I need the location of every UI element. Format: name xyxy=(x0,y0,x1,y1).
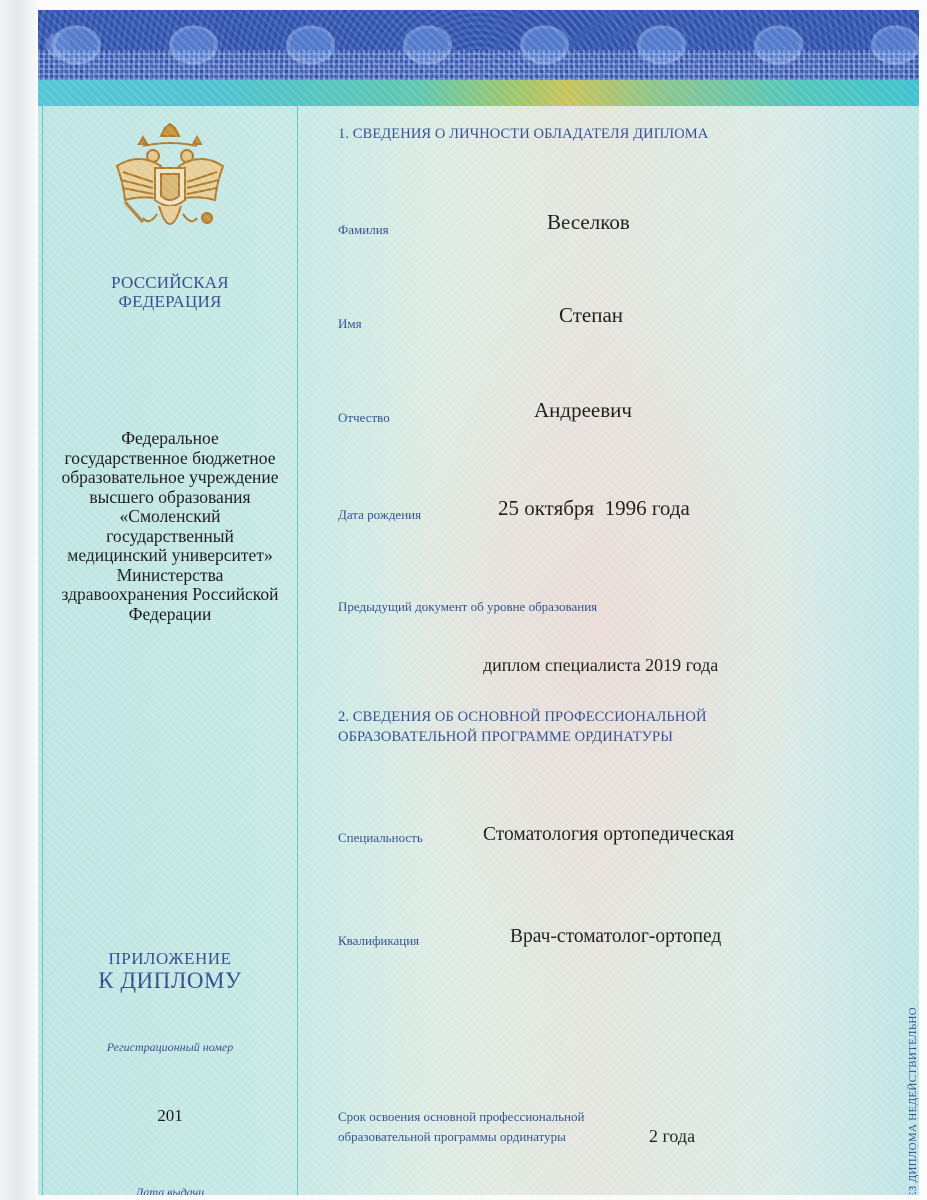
appendix-title-line1: ПРИЛОЖЕНИЕ xyxy=(43,949,297,969)
organization-line: здравоохранения Российской xyxy=(43,585,297,605)
name-label: Имя xyxy=(338,316,362,332)
duration-label-line2: образовательной программы ординатуры xyxy=(338,1129,566,1145)
iridescent-band xyxy=(38,80,919,106)
registration-number: 201 xyxy=(43,1106,297,1126)
organization-line: медицинский университет» xyxy=(43,546,297,566)
guilloche-security-band xyxy=(38,10,919,80)
duration-value: 2 года xyxy=(649,1126,695,1147)
right-panel: 1. СВЕДЕНИЯ О ЛИЧНОСТИ ОБЛАДАТЕЛЯ ДИПЛОМ… xyxy=(297,106,919,1195)
organization-line: Федерации xyxy=(43,605,297,625)
patronymic-label: Отчество xyxy=(338,410,390,426)
registration-number-label: Регистрационный номер xyxy=(43,1040,297,1055)
organization-line: образовательное учреждение xyxy=(43,468,297,488)
previous-document-label: Предыдущий документ об уровне образовани… xyxy=(338,599,597,615)
name-value: Степан xyxy=(559,303,623,328)
surname-label: Фамилия xyxy=(338,222,389,238)
organization-line: Министерства xyxy=(43,566,297,586)
patronymic-value: Андреевич xyxy=(534,398,632,423)
specialty-value: Стоматология ортопедическая xyxy=(483,824,734,846)
issue-date-label: Дата выдачи xyxy=(43,1185,297,1195)
mesh-pattern xyxy=(38,50,919,80)
section2-title-line2: ОБРАЗОВАТЕЛЬНОЙ ПРОГРАММЕ ОРДИНАТУРЫ xyxy=(338,727,673,747)
birthdate-label: Дата рождения xyxy=(338,507,421,523)
country-name-line1: РОССИЙСКАЯ xyxy=(43,273,297,292)
section1-title: 1. СВЕДЕНИЯ О ЛИЧНОСТИ ОБЛАДАТЕЛЯ ДИПЛОМ… xyxy=(338,124,708,144)
qualification-value: Врач-стоматолог-ортопед xyxy=(510,926,721,948)
country-name-line2: ФЕДЕРАЦИЯ xyxy=(43,292,297,311)
surname-value: Веселков xyxy=(547,210,630,235)
duration-label-line1: Срок освоения основной профессиональной xyxy=(338,1109,584,1125)
previous-document-value: диплом специалиста 2019 года xyxy=(483,655,718,676)
scanner-edge xyxy=(0,0,36,1200)
organization-line: «Смоленский xyxy=(43,507,297,527)
section2-title-line1: 2. СВЕДЕНИЯ ОБ ОСНОВНОЙ ПРОФЕССИОНАЛЬНОЙ xyxy=(338,707,707,727)
organization-line: государственный xyxy=(43,527,297,547)
russian-coat-of-arms-icon xyxy=(103,122,237,256)
birthdate-value: 25 октября 1996 года xyxy=(498,496,690,521)
organization-line: государственное бюджетное xyxy=(43,449,297,469)
organization-line: Федеральное xyxy=(43,429,297,449)
margin-validity-note: БЕЗ ДИПЛОМА НЕДЕЙСТВИТЕЛЬНО xyxy=(907,1007,919,1195)
appendix-title-line2: К ДИПЛОМУ xyxy=(43,968,297,994)
organization-name: Федеральное государственное бюджетное об… xyxy=(43,429,297,624)
left-panel: РОССИЙСКАЯ ФЕДЕРАЦИЯ Федеральное государ… xyxy=(42,106,298,1195)
specialty-label: Специальность xyxy=(338,830,423,846)
diploma-appendix-sheet: РОССИЙСКАЯ ФЕДЕРАЦИЯ Федеральное государ… xyxy=(38,10,919,1195)
organization-line: высшего образования xyxy=(43,488,297,508)
qualification-label: Квалификация xyxy=(338,933,419,949)
